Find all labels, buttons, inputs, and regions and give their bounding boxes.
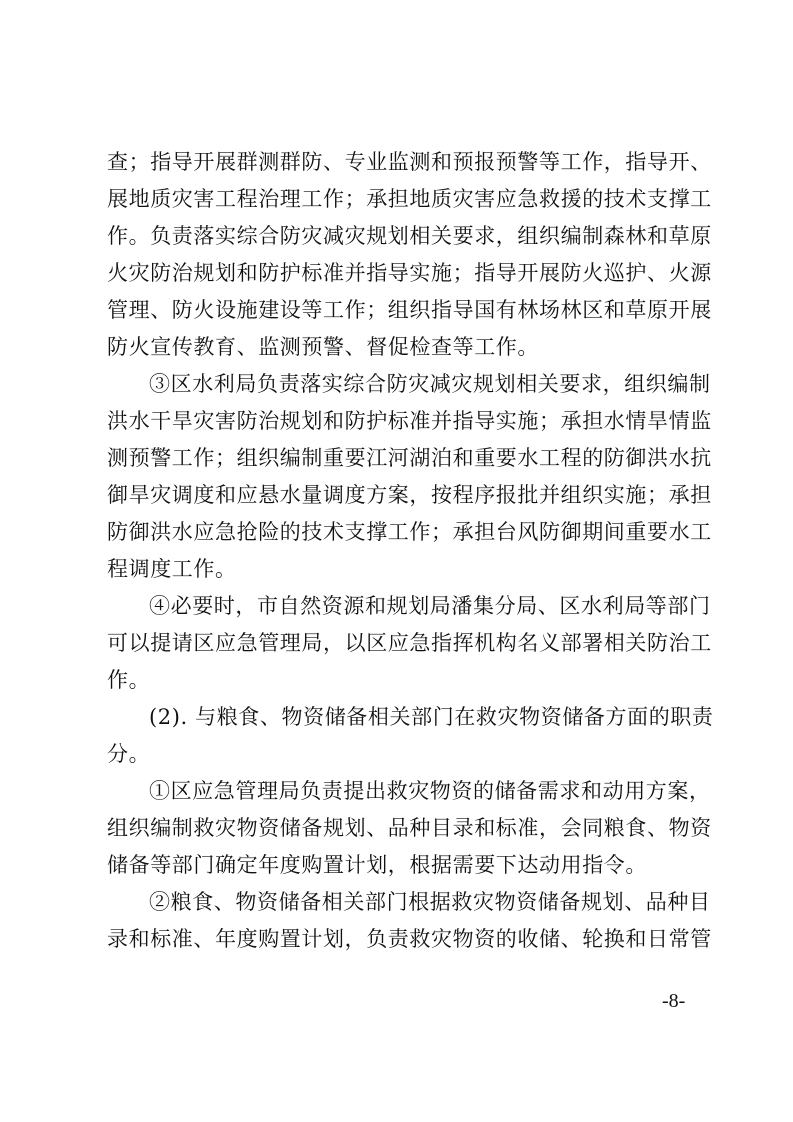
paragraph-start-line: ②粮食、物资储备相关部门根据救灾物资储备规划、品种目	[107, 884, 697, 921]
text-line: 管理、防火设施建设等工作；组织指导国有林场林区和草原开展	[107, 292, 697, 329]
paragraph-start-line: ④必要时，市自然资源和规划局潘集分局、区水利局等部门	[107, 588, 697, 625]
text-line: 防御洪水应急抢险的技术支撑工作；承担台风防御期间重要水工	[107, 514, 697, 551]
text-line: 程调度工作。	[107, 551, 697, 588]
text-line: 组织编制救灾物资储备规划、品种目录和标准，会同粮食、物资	[107, 810, 697, 847]
body-text: 查；指导开展群测群防、专业监测和预报预警等工作，指导开、 展地质灾害工程治理工作…	[107, 144, 697, 958]
text-line: 作。负责落实综合防灾减灾规划相关要求，组织编制森林和草原	[107, 218, 697, 255]
text-line: 作。	[107, 662, 697, 699]
text-line: 测预警工作；组织编制重要江河湖泊和重要水工程的防御洪水抗	[107, 440, 697, 477]
section-heading-line: (2). 与粮食、物资储备相关部门在救灾物资储备方面的职责	[107, 699, 697, 736]
text-line: 御旱灾调度和应悬水量调度方案，按程序报批并组织实施；承担	[107, 477, 697, 514]
text-line: 可以提请区应急管理局，以区应急指挥机构名义部署相关防治工	[107, 625, 697, 662]
text-line: 火灾防治规划和防护标准并指导实施；指导开展防火巡护、火源	[107, 255, 697, 292]
text-line: 防火宣传教育、监测预警、督促检查等工作。	[107, 329, 697, 366]
text-line: 洪水干旱灾害防治规划和防护标准并指导实施；承担水情旱情监	[107, 403, 697, 440]
text-line: 分。	[107, 736, 697, 773]
text-line: 展地质灾害工程治理工作；承担地质灾害应急救援的技术支撑工	[107, 181, 697, 218]
text-line: 录和标准、年度购置计划，负责救灾物资的收储、轮换和日常管	[107, 921, 697, 958]
text-line: 储备等部门确定年度购置计划，根据需要下达动用指令。	[107, 847, 697, 884]
paragraph-start-line: ①区应急管理局负责提出救灾物资的储备需求和动用方案，	[107, 773, 697, 810]
paragraph-start-line: ③区水利局负责落实综合防灾减灾规划相关要求，组织编制	[107, 366, 697, 403]
page-number: -8-	[662, 990, 685, 1013]
document-page: 查；指导开展群测群防、专业监测和预报预警等工作，指导开、 展地质灾害工程治理工作…	[0, 0, 793, 1122]
text-line: 查；指导开展群测群防、专业监测和预报预警等工作，指导开、	[107, 144, 697, 181]
